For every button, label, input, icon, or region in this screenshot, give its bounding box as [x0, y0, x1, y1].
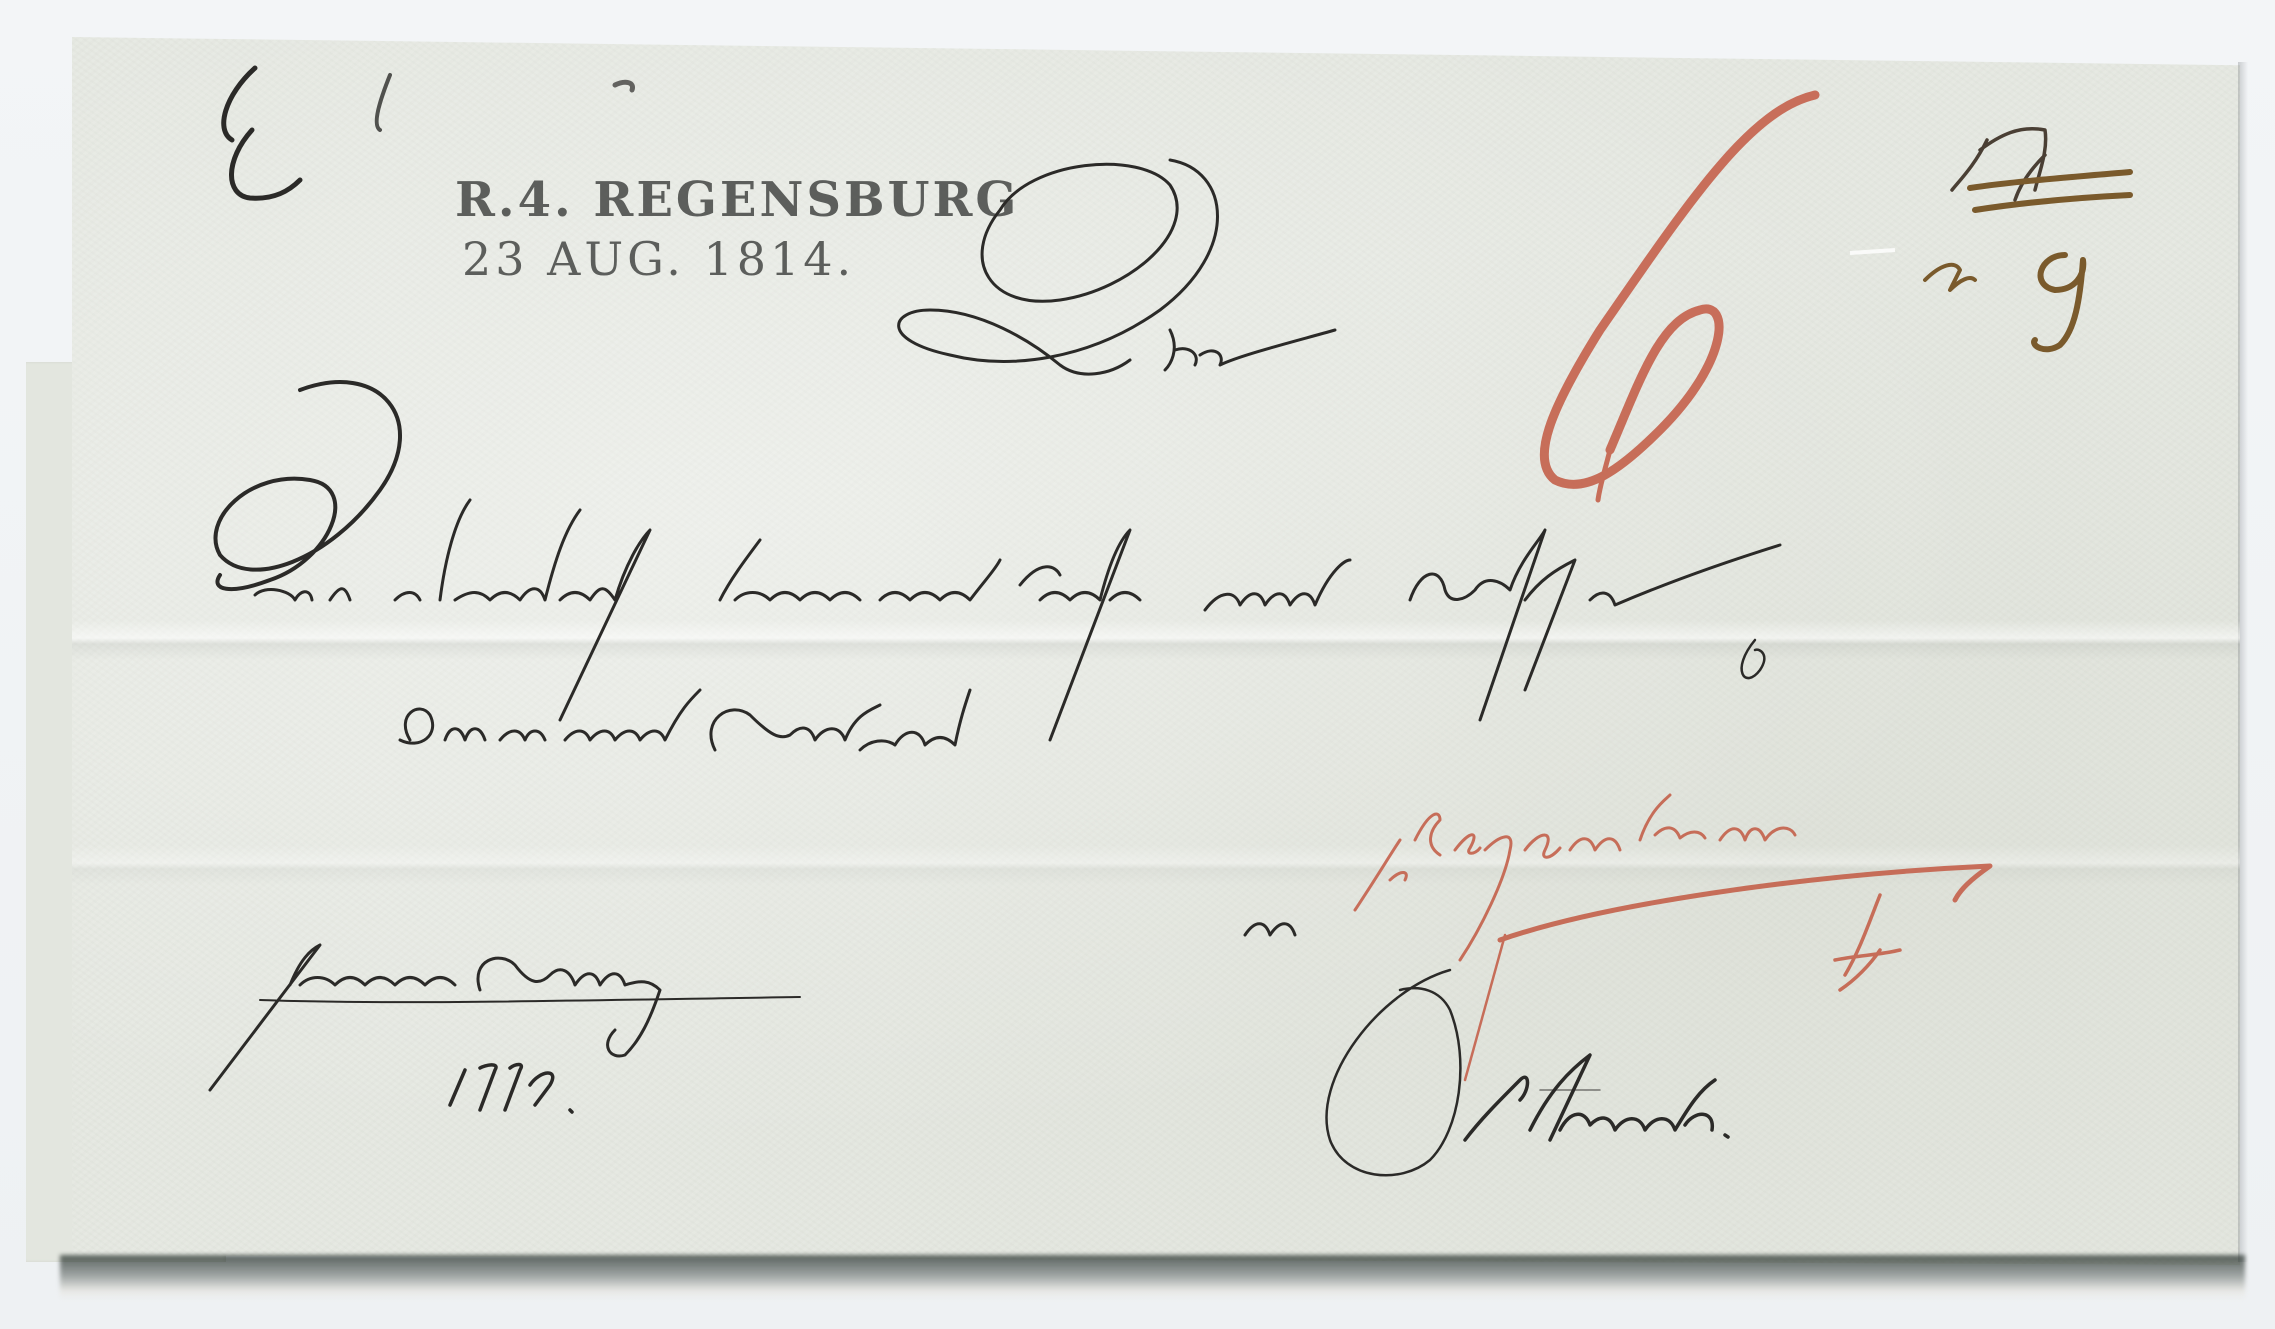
- red-routing-stroke: [1500, 866, 1990, 940]
- handwriting-layer: [0, 0, 2275, 1329]
- den-flourish: [982, 164, 1177, 301]
- dash-mark: [1850, 250, 1895, 253]
- das-flourish: [216, 382, 400, 589]
